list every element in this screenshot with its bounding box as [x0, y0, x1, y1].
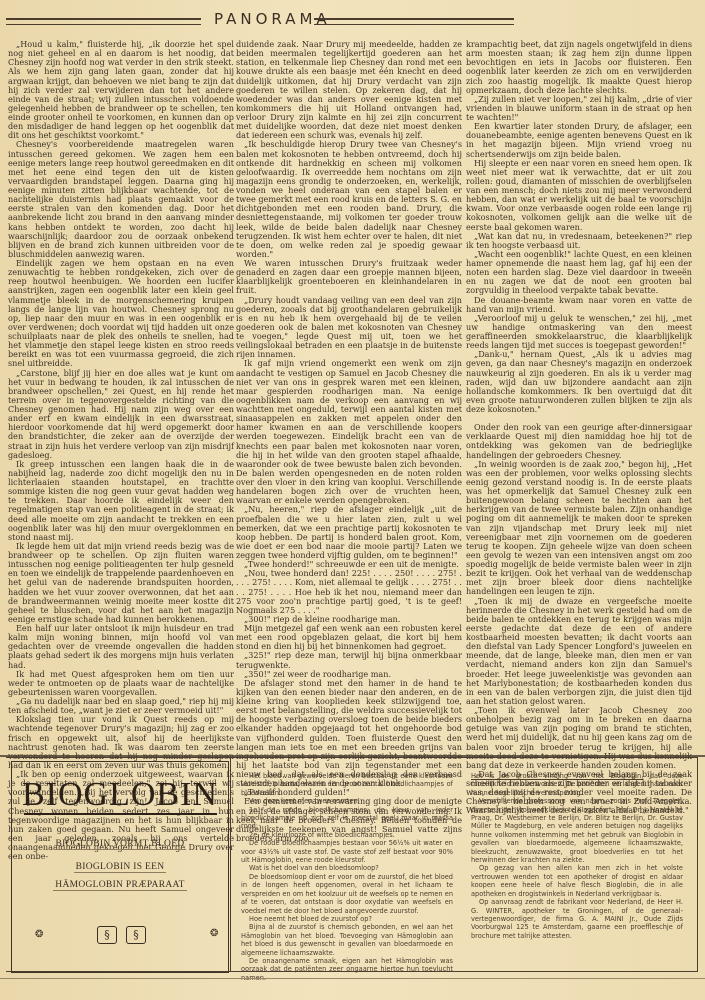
paragraph: „Zij zullen niet ver loopen," zei hij ka… [466, 95, 692, 122]
ad-paragraph: Op aanvraag zendt de fabrikant voor Nede… [471, 898, 683, 940]
masthead: PANORAMA [6, 10, 700, 30]
brand-name: BIOGLOBIN [22, 776, 218, 814]
article-column-3: krampachtig beet, dat zijn nagels ongetw… [466, 40, 692, 816]
tagline-1-text: BIOGLOBIN VORMT BLOED [54, 839, 187, 850]
ad-paragraph: Wat is het doel van den bloedsomloop? [241, 864, 453, 872]
tagline-3-text: HÄMOGLOBIN PRÆPARAAT [53, 880, 186, 891]
paragraph: „Nu, heeren," riep de afslager eindelijk… [236, 505, 462, 560]
paragraph: Hij sleepte er een naar voren en sneed h… [466, 159, 692, 232]
masthead-rule-left [6, 18, 201, 25]
paragraph: „Nou, twee honderd dan! 225! . . . . 250… [236, 569, 462, 615]
paragraph: Onder den rook van een geurige after-din… [466, 423, 692, 460]
paragraph: „In weinig woorden is de zaak zoo," bego… [466, 460, 692, 597]
paragraph: duidende zaak. Naar Drury mij meedeelde,… [236, 40, 462, 140]
magazine-title: PANORAMA [214, 10, 306, 28]
paragraph: „Ik beschuldigde hierop Drury twee van C… [236, 140, 462, 259]
tagline-2: BIOGLOBIN IS EEN [12, 862, 228, 872]
ad-paragraph: De bloedsomloop dient er voor om de zuur… [241, 873, 453, 915]
ad-paragraph: 2e. de kleurlooze of witte bloedlichaamp… [241, 831, 453, 839]
paragraph: „Drury houdt vandaag veiling van een dee… [236, 296, 462, 360]
ad-paragraph: Het bloed van gewervelde dieren bestaat … [241, 772, 453, 797]
paragraph: „Wat kan dat nu, in vredesnaam, beteeken… [466, 232, 692, 250]
paragraph: Een kwartier later stonden Drury, de afs… [466, 122, 692, 159]
rosette-ornament-icon: ❂ [35, 929, 43, 940]
brand-underline [24, 813, 217, 815]
paragraph: De douane-beamte kwam naar voren en vatt… [466, 296, 692, 314]
paragraph: Eindelijk zagen we hem opstaan en na eve… [8, 259, 234, 369]
page-bottom-rule [0, 978, 705, 979]
paragraph: Ik gaf mijn vriend ongemerkt een wenk om… [236, 359, 462, 505]
paragraph: „Wacht een oogenblik!" lachte Quest, en … [466, 250, 692, 296]
paragraph: Een half uur later ontsloot ik mijn huis… [8, 624, 234, 670]
paragraph: „Houd u kalm," fluisterde hij, „ik doorz… [8, 40, 234, 140]
tagline-2-text: BIOGLOBIN IS EEN [74, 862, 167, 873]
article-column-2: duidende zaak. Naar Drury mij meedeelde,… [236, 40, 462, 843]
advertisement-brand-box: BIOGLOBIN BIOGLOBIN VORMT BLOED BIOGLOBI… [11, 761, 229, 973]
advertisement-body-right: Het is de groote vinding van het Bioglob… [471, 772, 683, 940]
ad-paragraph: Bijna al de zuurstof is chemisch gebonde… [241, 923, 453, 957]
magazine-page: PANORAMA „Houd u kalm," fluisterde hij, … [0, 0, 705, 1000]
paragraph: krampachtig beet, dat zijn nagels ongetw… [466, 40, 692, 95]
paragraph: Mijn metgezel gaf een wenk aan een robus… [236, 624, 462, 651]
paragraph: Ik greep intusschen een langen haak die … [8, 460, 234, 542]
rosette-ornament-icon: ❂ [210, 928, 218, 939]
paragraph: We waren intusschen Drury's fruitzaak we… [236, 259, 462, 296]
paragraph: „Veroorloof mij u geluk te wenschen," ze… [466, 314, 692, 351]
paragraph: „Carstone, blijf jij hier en doe alles w… [8, 369, 234, 460]
paragraph: Ik legde hem uit dat mijn vriend reeds b… [8, 542, 234, 624]
ad-paragraph: Op gezag van hen allen kan men zich in h… [471, 864, 683, 898]
ad-paragraph: Verschillende professoren van naam, zooa… [471, 797, 683, 864]
ad-paragraph: De roode bloedlichaampjes bestaan voor 5… [241, 839, 453, 864]
ad-lead-underlined: Het is de groote vinding van het Bioglob… [471, 772, 643, 780]
ad-paragraph: 1e. de roode bloedlichaampjes; de kleur … [241, 806, 453, 831]
ad-paragraph: Van deze kent men twee soorten: [241, 797, 453, 805]
paragraph: Chesney's voorbereidende maatregelen war… [8, 140, 234, 259]
scroll-ornament-icon: § [97, 926, 117, 944]
ad-paragraph: Het is de groote vinding van het Bioglob… [471, 772, 683, 797]
scroll-ornament-icon: § [126, 926, 146, 944]
paragraph: „Dank-u," hernam Quest, „Als ik u advies… [466, 350, 692, 414]
advertisement-divider [230, 757, 231, 971]
tagline-3: HÄMOGLOBIN PRÆPARAAT [12, 880, 228, 890]
paragraph: „Toen ik mij de dwaze en vergeefsche moe… [466, 597, 692, 707]
paragraph: „325!" riep deze man, terwijl hij bijna … [236, 651, 462, 669]
paragraph: „Ga nu dadelijk naar bed en slaap goed,"… [8, 697, 234, 715]
paragraph: Ik had met Quest afgesproken hem om tien… [8, 670, 234, 697]
tagline-1: BIOGLOBIN VORMT BLOED [12, 839, 228, 849]
advertisement-body-middle: Het bloed van gewervelde dieren bestaat … [241, 772, 453, 982]
masthead-rule-right [314, 18, 514, 25]
ad-paragraph: Hoe neemt het bloed de zuurstof op? [241, 915, 453, 923]
article-column-1: „Houd u kalm," fluisterde hij, „ik doorz… [8, 40, 234, 861]
